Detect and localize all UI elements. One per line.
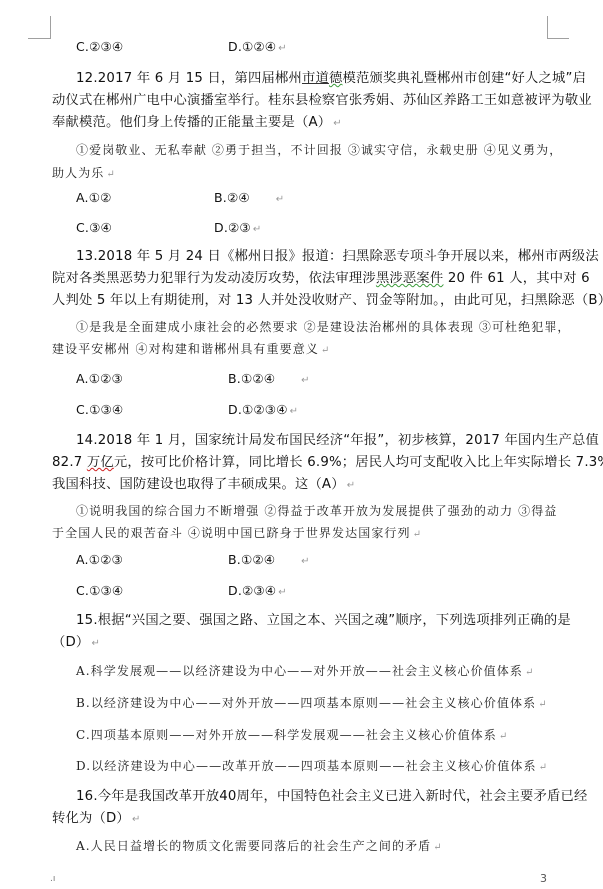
- paragraph-mark-icon: ↵: [276, 194, 285, 205]
- options-row-ab: A.①② B.②④↵: [76, 190, 576, 206]
- option-d: D.②③④: [228, 583, 276, 598]
- crop-mark-top-left-horizontal: [28, 38, 51, 39]
- question-stem-line: 12.2017 年 6 月 15 日，第四届郴州市道德模范颁奖典礼暨郴州市创建“…: [76, 71, 576, 87]
- statement-line: 助人为乐↵: [52, 165, 552, 183]
- question-stem-line: 转化为（D）↵: [52, 811, 552, 828]
- question-stem-line: 15.根据“兴国之要、强国之路、立国之本、兴国之魂”顺序，下列选项排列正确的是: [76, 613, 576, 629]
- paragraph-mark-icon: ↵: [539, 762, 548, 773]
- option-c: C.①③④: [76, 583, 123, 598]
- paragraph-mark-icon: ↵: [132, 814, 141, 825]
- paragraph-mark-icon: ↵: [433, 842, 442, 853]
- question-stem-line: 人判处 5 年以上有期徒刑，对 13 人并处没收财产、罚金等附加。，由此可见，扫…: [52, 293, 552, 310]
- paragraph-mark-icon: ↵: [301, 556, 310, 567]
- option-c: C.③④: [76, 220, 112, 235]
- question-stem-line: 14.2018 年 1 月，国家统计局发布国民经济“年报”，初步核算，2017 …: [76, 433, 576, 449]
- paragraph-mark-icon: ↵: [413, 529, 422, 540]
- option-a: A.①②: [76, 190, 112, 205]
- crop-mark-top-left-vertical: [50, 16, 51, 38]
- option-a: A.①②③: [76, 371, 123, 386]
- statement-line: 于全国人民的艰苦奋斗 ④说明中国已跻身于世界发达国家行列↵: [52, 525, 552, 543]
- statement-line: ①爱岗敬业、无私奉献 ②勇于担当，不计回报 ③诚实守信，永载史册 ④见义勇为，: [76, 142, 576, 158]
- question-stem-line: 82.7 万亿元，按可比价格计算，同比增长 6.9%；居民人均可支配收入比上年实…: [52, 455, 552, 471]
- question-stem-line: 奉献模范。他们身上传播的正能量主要是（A）↵: [52, 115, 552, 132]
- paragraph-mark-icon: ↵: [253, 224, 262, 235]
- page-number: 3: [540, 872, 547, 885]
- option-d: D.①②④: [228, 39, 276, 54]
- paragraph-mark-icon: ↵: [301, 375, 310, 386]
- paragraph-mark-icon: ↵: [333, 118, 342, 129]
- option-a: A.科学发展观——以经济建设为中心——对外开放——社会主义核心价值体系↵: [76, 663, 576, 681]
- paragraph-mark-icon: ↵: [278, 43, 287, 54]
- options-row-cd: C.③④ D.②③↵: [76, 220, 576, 236]
- statement-line: 建设平安郴州 ④对构建和谐郴州具有重要意义↵: [52, 341, 552, 359]
- option-c: C.四项基本原则——对外开放——科学发展观——社会主义核心价值体系↵: [76, 727, 576, 745]
- prev-options-row-cd: C.②③④ D.①②④↵: [76, 39, 576, 55]
- crop-mark-top-right-vertical: [547, 16, 548, 38]
- option-a: A.人民日益增长的物质文化需要同落后的社会生产之间的矛盾↵: [76, 838, 576, 856]
- option-b: B.②④: [214, 190, 250, 205]
- paragraph-mark-icon: ↵: [91, 638, 100, 649]
- options-row-ab: A.①②③ B.①②④↵: [76, 371, 576, 387]
- question-stem-line: 13.2018 年 5 月 24 日《郴州日报》报道：扫黑除恶专项斗争开展以来，…: [76, 249, 576, 265]
- option-d: D.①②③④: [228, 402, 288, 417]
- paragraph-mark-icon: ↵: [499, 731, 508, 742]
- option-b: B.①②④: [228, 552, 275, 567]
- paragraph-mark-icon: ↵: [525, 667, 534, 678]
- question-stem-line: 我国科技、国防建设也取得了丰硕成果。这（A）↵: [52, 477, 552, 494]
- option-d: D.以经济建设为中心——改革开放——四项基本原则——社会主义核心价值体系↵: [76, 758, 576, 776]
- question-stem-line: 动仪式在郴州广电中心演播室举行。桂东县检察官张秀娟、苏仙区养路工王如意被评为敬业: [52, 93, 552, 109]
- question-stem-line: （D）↵: [52, 635, 552, 652]
- options-row-cd: C.①③④ D.①②③④↵: [76, 402, 576, 418]
- paragraph-mark-icon: ↵: [347, 480, 356, 491]
- question-stem-line: 16.今年是我国改革开放40周年，中国特色社会主义已进入新时代，社会主要矛盾已经: [76, 789, 576, 805]
- footer-section-marker: .ı: [50, 874, 55, 884]
- option-c: C.①③④: [76, 402, 123, 417]
- statement-line: ①说明我国的综合国力不断增强 ②得益于改革开放为发展提供了强劲的动力 ③得益: [76, 503, 576, 519]
- statement-line: ①是我是全面建成小康社会的必然要求 ②是建设法治郴州的具体表现 ③可杜绝犯罪，: [76, 319, 576, 335]
- option-b: B.以经济建设为中心——对外开放——四项基本原则——社会主义核心价值体系↵: [76, 695, 576, 713]
- paragraph-mark-icon: ↵: [290, 406, 299, 417]
- paragraph-mark-icon: ↵: [106, 169, 115, 180]
- paragraph-mark-icon: ↵: [538, 699, 547, 710]
- question-stem-line: 院对各类黑恶势力犯罪行为发动凌厉攻势，依法审理涉黑涉恶案件 20 件 61 人，…: [52, 271, 552, 287]
- option-b: B.①②④: [228, 371, 275, 386]
- option-d: D.②③: [214, 220, 251, 235]
- options-row-ab: A.①②③ B.①②④↵: [76, 552, 576, 568]
- options-row-cd: C.①③④ D.②③④↵: [76, 583, 576, 599]
- paragraph-mark-icon: ↵: [278, 587, 287, 598]
- option-a: A.①②③: [76, 552, 123, 567]
- paragraph-mark-icon: ↵: [321, 345, 330, 356]
- option-c: C.②③④: [76, 39, 123, 54]
